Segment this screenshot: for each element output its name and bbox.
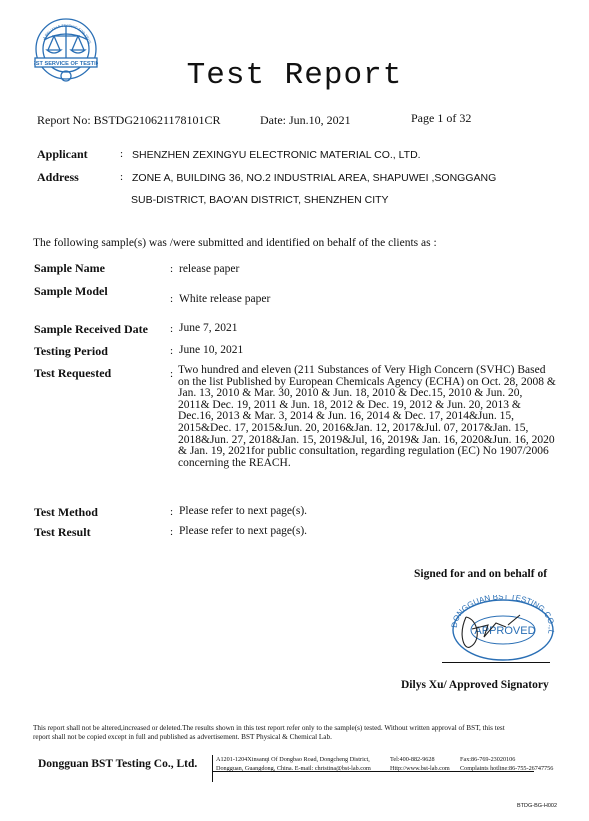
footer-address: A1201-1204Xinsanqi Of Dongbao Road, Dong… bbox=[216, 755, 371, 773]
signed-for-text: Signed for and on behalf of bbox=[414, 568, 547, 580]
test-requested-label: Test Requested bbox=[34, 366, 111, 381]
footer-company: Dongguan BST Testing Co., Ltd. bbox=[38, 758, 197, 770]
disclaimer: This report shall not be altered,increas… bbox=[33, 724, 558, 742]
test-requested-value: Two hundred and eleven (211 Substances o… bbox=[178, 365, 556, 469]
test-method-value: Please refer to next page(s). bbox=[179, 505, 307, 517]
colon: : bbox=[170, 506, 173, 518]
test-result-label: Test Result bbox=[34, 525, 91, 540]
page-title: Test Report bbox=[0, 58, 589, 93]
received-date-value: June 7, 2021 bbox=[179, 322, 237, 334]
report-date: Date: Jun.10, 2021 bbox=[260, 113, 351, 128]
footer-contact-2: Fax:86-769-23020106 Complaints hotline:8… bbox=[460, 755, 553, 773]
address-line1: ZONE A, BUILDING 36, NO.2 INDUSTRIAL ARE… bbox=[132, 172, 496, 184]
sample-name-label: Sample Name bbox=[34, 261, 105, 276]
applicant-value: SHENZHEN ZEXINGYU ELECTRONIC MATERIAL CO… bbox=[132, 149, 421, 161]
colon: : bbox=[120, 148, 123, 160]
test-result-value: Please refer to next page(s). bbox=[179, 525, 307, 537]
disclaimer-line1: This report shall not be altered,increas… bbox=[33, 724, 558, 733]
colon: : bbox=[170, 526, 173, 538]
testing-period-label: Testing Period bbox=[34, 344, 108, 359]
intro-text: The following sample(s) was /were submit… bbox=[33, 237, 437, 249]
colon: : bbox=[170, 345, 173, 357]
signatory-name: Dilys Xu/ Approved Signatory bbox=[401, 679, 549, 691]
testing-period-value: June 10, 2021 bbox=[179, 344, 243, 356]
applicant-label: Applicant bbox=[37, 147, 88, 162]
address-line2: SUB-DISTRICT, BAO'AN DISTRICT, SHENZHEN … bbox=[131, 194, 389, 206]
sample-name-value: release paper bbox=[179, 263, 239, 275]
received-date-label: Sample Received Date bbox=[34, 322, 148, 337]
colon: : bbox=[170, 263, 173, 275]
document-id: BTDG-BG-H002 bbox=[517, 803, 557, 809]
test-method-label: Test Method bbox=[34, 505, 98, 520]
sample-model-label: Sample Model bbox=[34, 284, 108, 299]
report-number: Report No: BSTDG210621178101CR bbox=[37, 113, 221, 128]
sample-model-value: White release paper bbox=[179, 293, 270, 305]
colon: : bbox=[120, 171, 123, 183]
approved-stamp: DONGGUAN BST TESTING CO.,LTD. APPROVED bbox=[448, 595, 558, 665]
disclaimer-line2: report shall not be copied except in ful… bbox=[33, 733, 558, 742]
colon: : bbox=[170, 323, 173, 335]
colon: : bbox=[170, 293, 173, 305]
footer-divider bbox=[212, 755, 213, 782]
footer-contact: Tel:400-882-9628 Http://www.bst-lab.com bbox=[390, 755, 450, 773]
address-label: Address bbox=[37, 170, 79, 185]
signature-line bbox=[442, 662, 550, 663]
colon: : bbox=[170, 368, 173, 380]
page-number: Page 1 of 32 bbox=[411, 111, 471, 126]
